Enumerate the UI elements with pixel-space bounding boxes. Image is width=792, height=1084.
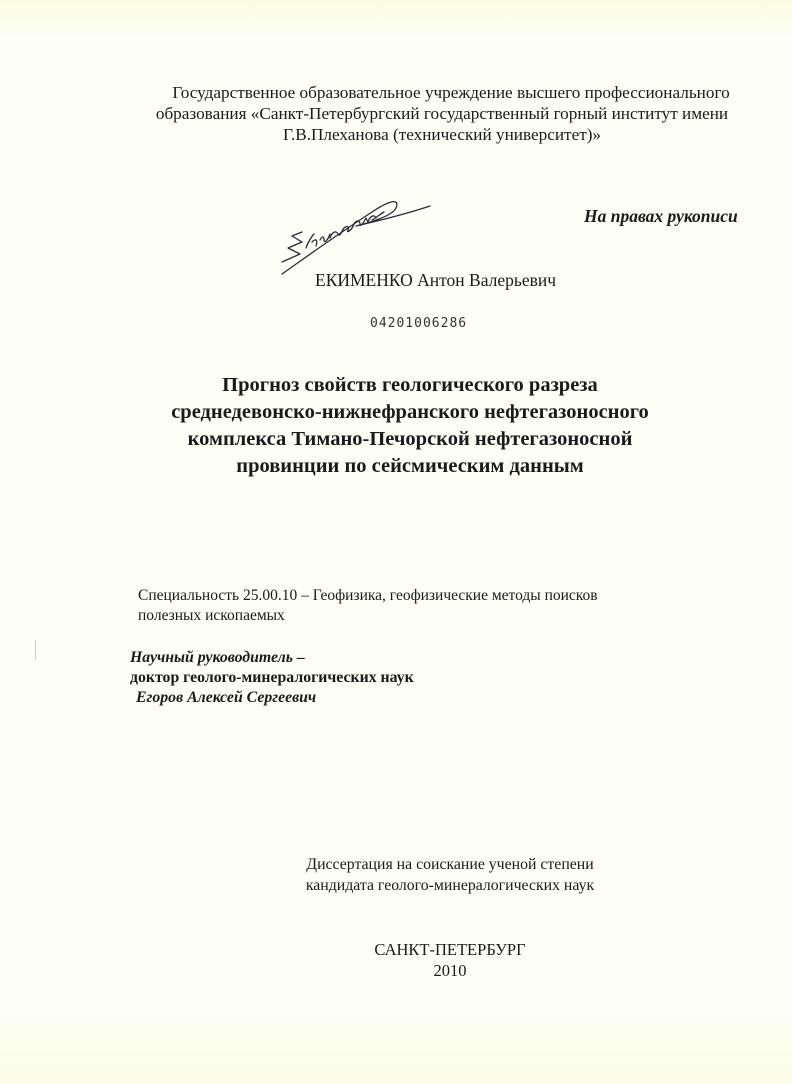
supervisor-block: Научный руководитель – доктор геолого-ми…: [130, 648, 414, 708]
supervisor-name: Егоров Алексей Сергеевич: [130, 688, 414, 708]
place-and-year: САНКТ-ПЕТЕРБУРГ 2010: [260, 939, 640, 981]
dissertation-title: Прогноз свойств геологического разреза с…: [150, 372, 670, 480]
title-line: провинции по сейсмическим данным: [150, 453, 670, 480]
supervisor-role: Научный руководитель –: [130, 648, 414, 668]
dissertation-degree-statement: Диссертация на соискание ученой степени …: [260, 854, 640, 896]
institution-line: Г.В.Плеханова (технический университет)»: [112, 124, 772, 145]
manuscript-rights-label: На правах рукописи: [584, 206, 738, 227]
institution-line: Государственное образовательное учрежден…: [112, 82, 772, 103]
specialty-block: Специальность 25.00.10 – Геофизика, геоф…: [138, 586, 728, 626]
title-line: Прогноз свойств геологического разреза: [150, 372, 670, 399]
city: САНКТ-ПЕТЕРБУРГ: [260, 939, 640, 960]
specialty-line: полезных ископаемых: [138, 606, 728, 626]
institution-header: Государственное образовательное учрежден…: [112, 82, 772, 145]
degree-line: кандидата геолого-минералогических наук: [260, 875, 640, 896]
title-line: среднедевонско-нижнефранского нефтегазон…: [150, 399, 670, 426]
institution-line: образования «Санкт-Петербургский государ…: [112, 103, 772, 124]
dissertation-title-page: Государственное образовательное учрежден…: [0, 0, 792, 1084]
author-name: ЕКИМЕНКО Антон Валерьевич: [315, 270, 556, 291]
title-line: комплекса Тимано-Печорской нефтегазоносн…: [150, 426, 670, 453]
scan-artifact-mark: [35, 640, 36, 660]
year: 2010: [260, 960, 640, 981]
specialty-line: Специальность 25.00.10 – Геофизика, геоф…: [138, 586, 728, 606]
signature-icon: [272, 190, 432, 280]
supervisor-degree: доктор геолого-минералогических наук: [130, 668, 414, 688]
degree-line: Диссертация на соискание ученой степени: [260, 854, 640, 875]
registration-code: 04201006286: [370, 316, 467, 331]
